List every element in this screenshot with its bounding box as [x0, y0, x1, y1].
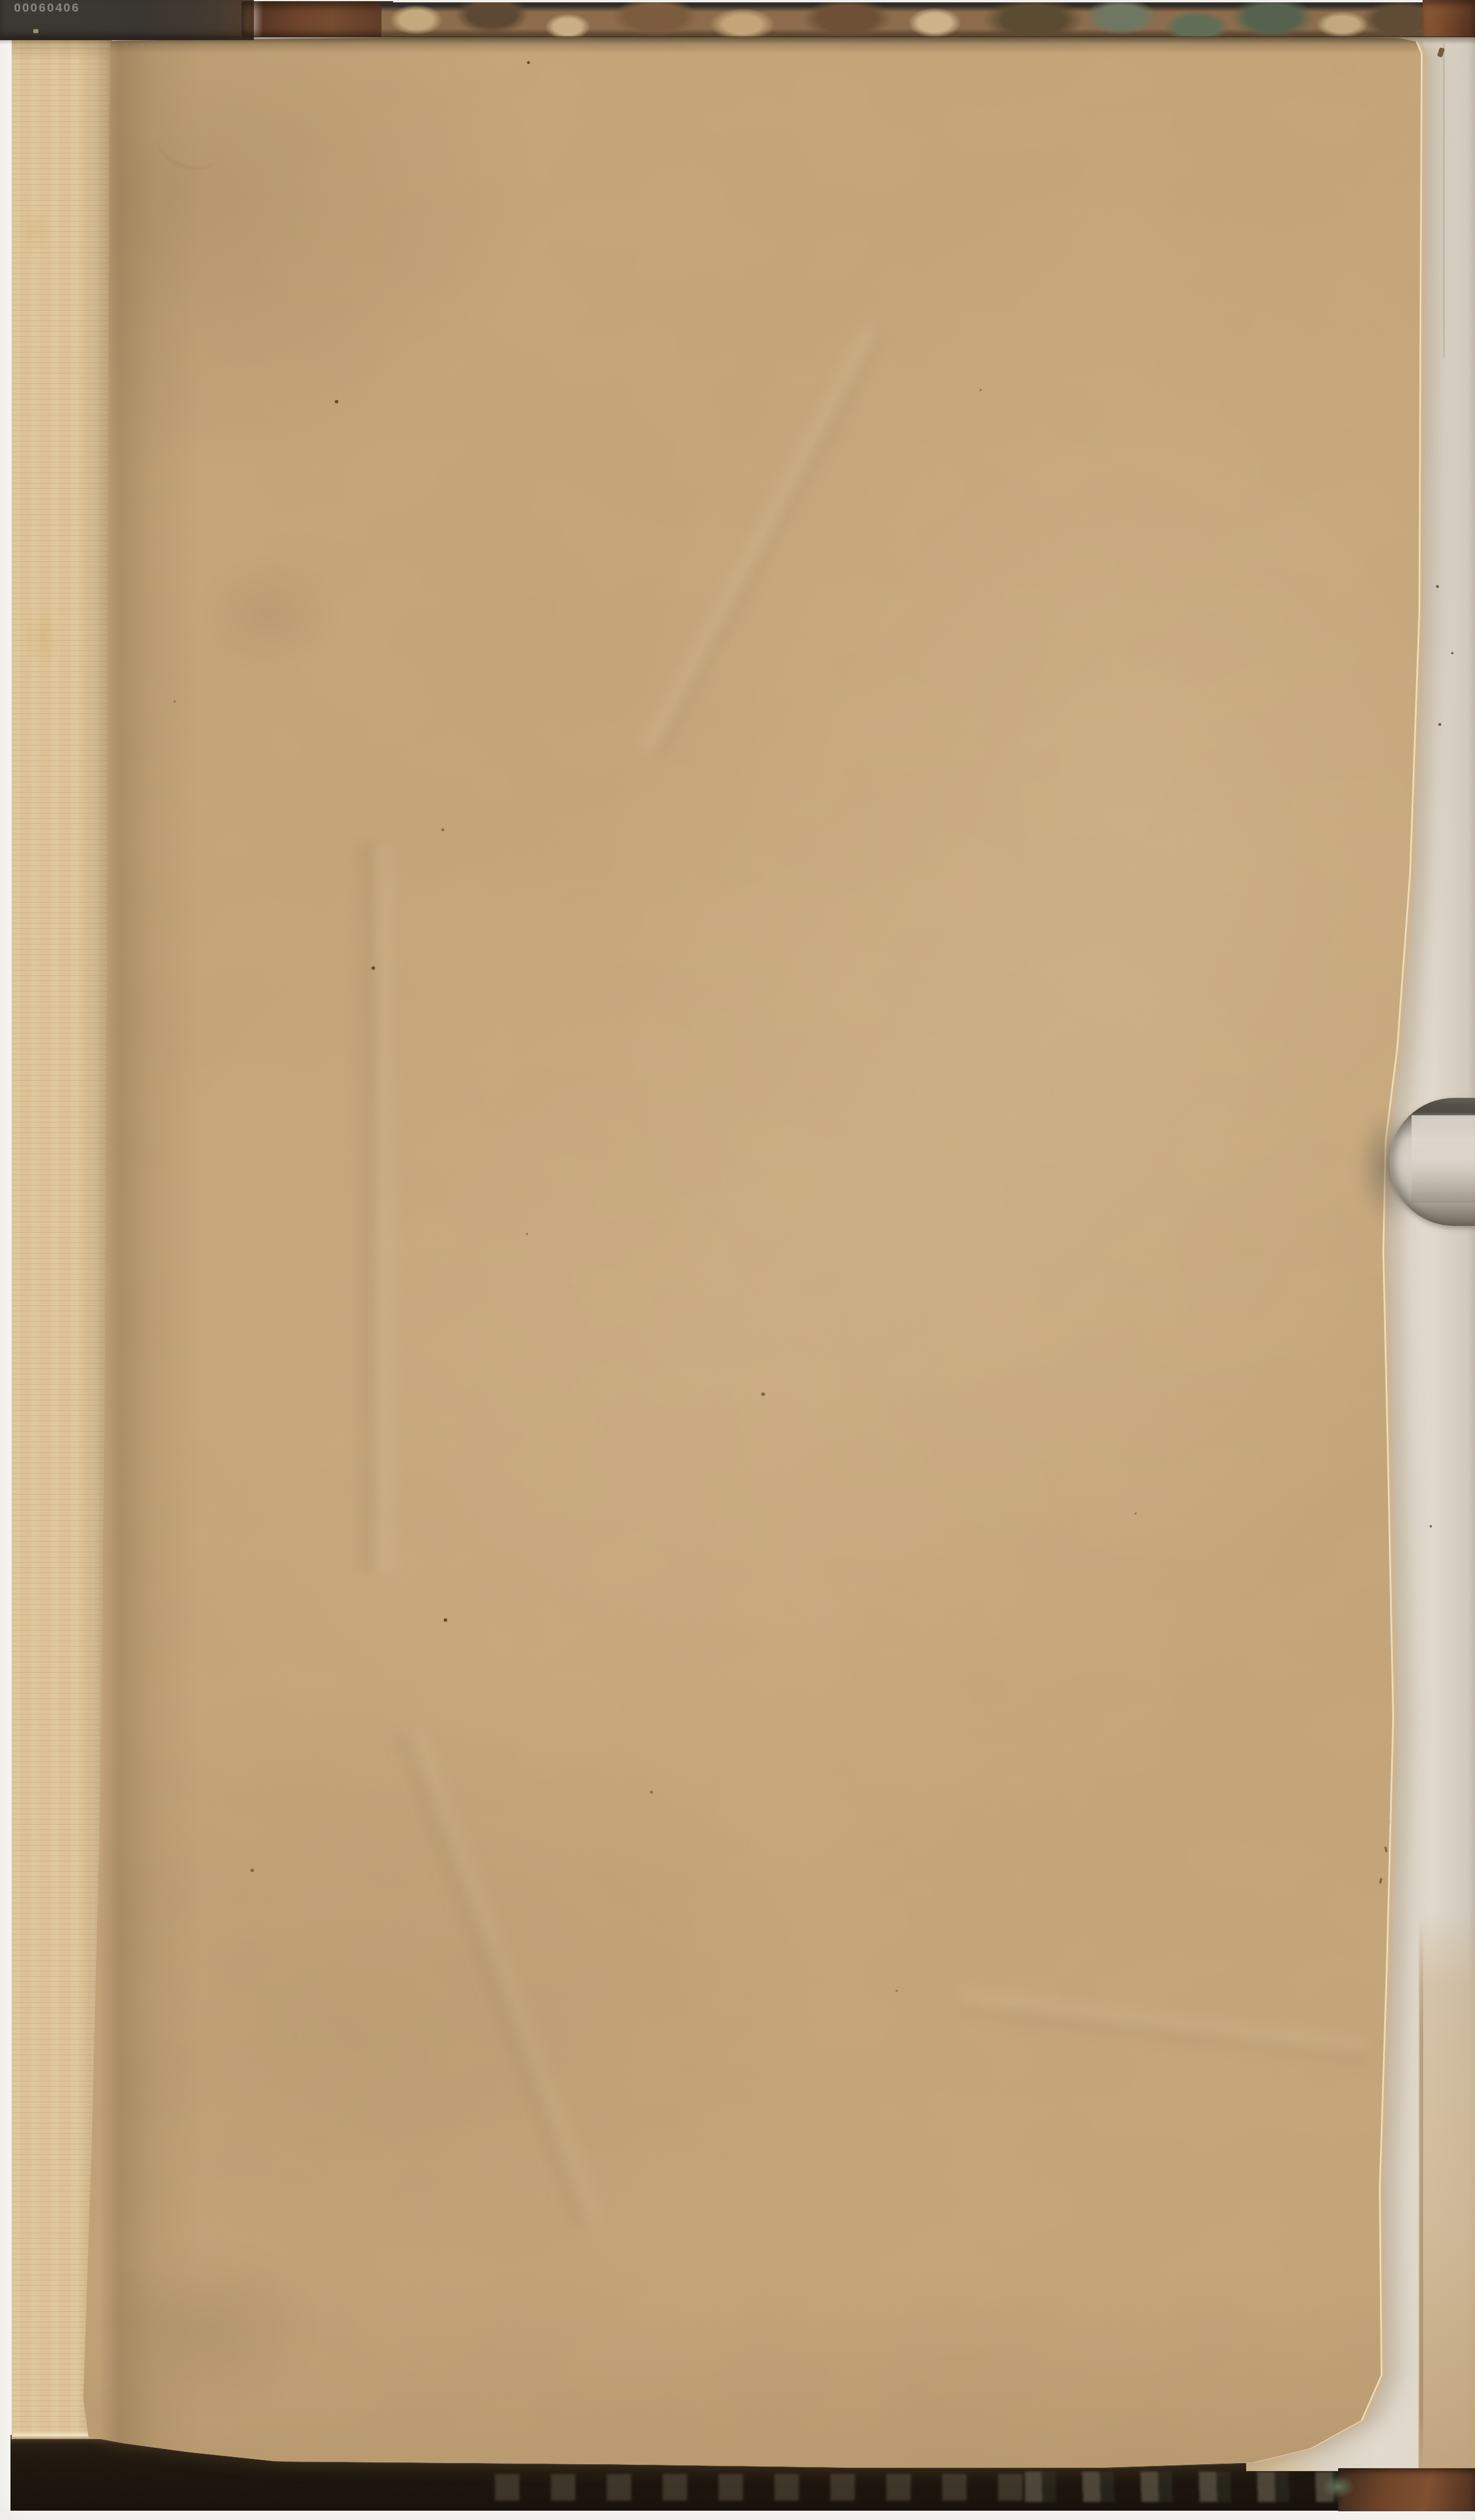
paper-speck — [250, 1869, 254, 1872]
book-scan-photo: 00060406 — [0, 0, 1475, 2520]
paper-speck — [1134, 1512, 1137, 1515]
crease-mark — [349, 844, 402, 1572]
crease-mark — [635, 322, 890, 760]
paper-speck — [372, 966, 375, 970]
crease-shading — [105, 2241, 314, 2416]
edge-tear — [1384, 1846, 1388, 1853]
crease-shading — [198, 559, 338, 669]
paper-speck — [526, 1233, 528, 1235]
page-clamp-face — [1412, 1115, 1475, 1203]
marbled-board-edge — [381, 2, 1425, 37]
edge-tear — [1379, 1878, 1383, 1884]
paper-speck — [896, 1990, 898, 1992]
blank-page — [0, 0, 1475, 2520]
paper-speck — [335, 400, 338, 403]
page-shadow-wrap — [0, 0, 1475, 2520]
binding-top-right-leather — [1423, 0, 1475, 37]
dust-speck — [33, 29, 38, 33]
paper-mottle-texture — [0, 0, 1475, 2520]
crease-mark — [389, 1726, 607, 2232]
paper-speck — [174, 700, 176, 703]
binding-top-shadow — [0, 36, 1475, 44]
paper-speck — [444, 1618, 447, 1622]
paper-speck — [650, 1791, 653, 1794]
binding-top: 00060406 — [0, 0, 1475, 41]
paper-speck — [761, 1392, 765, 1396]
binding-top-left-leather: 00060406 — [0, 0, 254, 40]
paper-speck — [527, 61, 530, 64]
paper-speck — [979, 389, 982, 391]
crease-mark — [152, 116, 226, 176]
leather-spine-edge — [242, 1, 393, 37]
paper-speck — [441, 828, 444, 831]
scan-watermark-id: 00060406 — [14, 1, 80, 15]
edge-tear — [1389, 1817, 1393, 1824]
crease-mark — [960, 1984, 1369, 2068]
